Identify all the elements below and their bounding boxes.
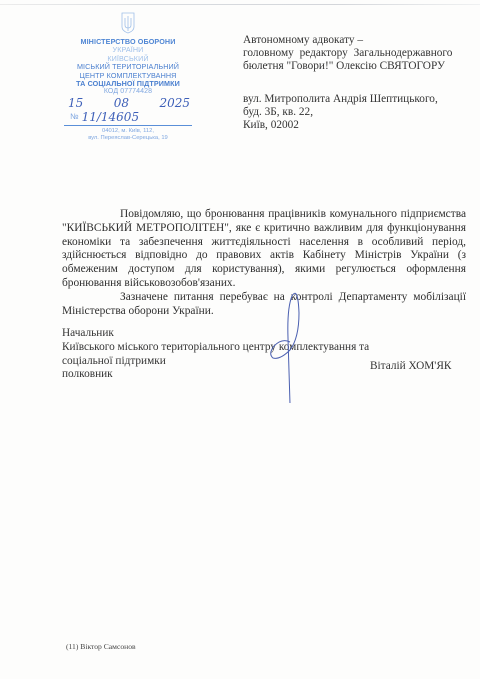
stamp-number: № 11/14605 (58, 110, 198, 124)
number-label: № (70, 110, 79, 124)
executor-note: (11) Віктор Самсонов (66, 642, 136, 651)
addressee-line-3: бюлетня "Говори!" Олексію СВЯТОГОРУ (243, 60, 452, 73)
addressee-line-1: Автономному адвокату – (243, 34, 452, 47)
addressee-address-2: буд. 3Б, кв. 22, (243, 106, 452, 119)
stamp-org-line3: ТА СОЦІАЛЬНОЇ ПІДТРИМКИ (58, 80, 198, 88)
body-paragraph-1: Повідомляю, що бронювання працівників ко… (62, 208, 466, 291)
stamp-rule (64, 125, 192, 126)
registration-stamp: МІНІСТЕРСТВО ОБОРОНИ УКРАЇНИ КИЇВСЬКИЙ М… (58, 12, 198, 143)
date-year: 2025 (159, 96, 190, 110)
addressee-address-1: вул. Митрополита Андрія Шептицького, (243, 93, 452, 106)
trident-coat-of-arms-icon (121, 12, 135, 34)
handwritten-signature-icon (266, 288, 306, 403)
addressee-line-2: головному редактору Загальнодержавного (243, 47, 452, 60)
letter-body: Повідомляю, що бронювання працівників ко… (62, 208, 466, 318)
scan-edge-line (0, 4, 480, 5)
stamp-address-1: 04012, м. Київ, 112, (58, 128, 198, 135)
addressee-address-3: Київ, 02002 (243, 119, 452, 132)
signer-name: Віталій ХОМ'ЯК (370, 360, 451, 372)
date-day: 15 (68, 96, 83, 110)
outgoing-number: 11/14605 (82, 110, 140, 124)
date-month: 08 (114, 96, 129, 110)
addressee-block: Автономному адвокату – головному редакто… (243, 34, 452, 132)
body-paragraph-2: Зазначене питання перебуває на контролі … (62, 291, 466, 319)
stamp-address-2: вул. Переяслав-Серецька, 19 (58, 135, 198, 142)
stamp-date: 15 08 2025 (58, 96, 198, 110)
